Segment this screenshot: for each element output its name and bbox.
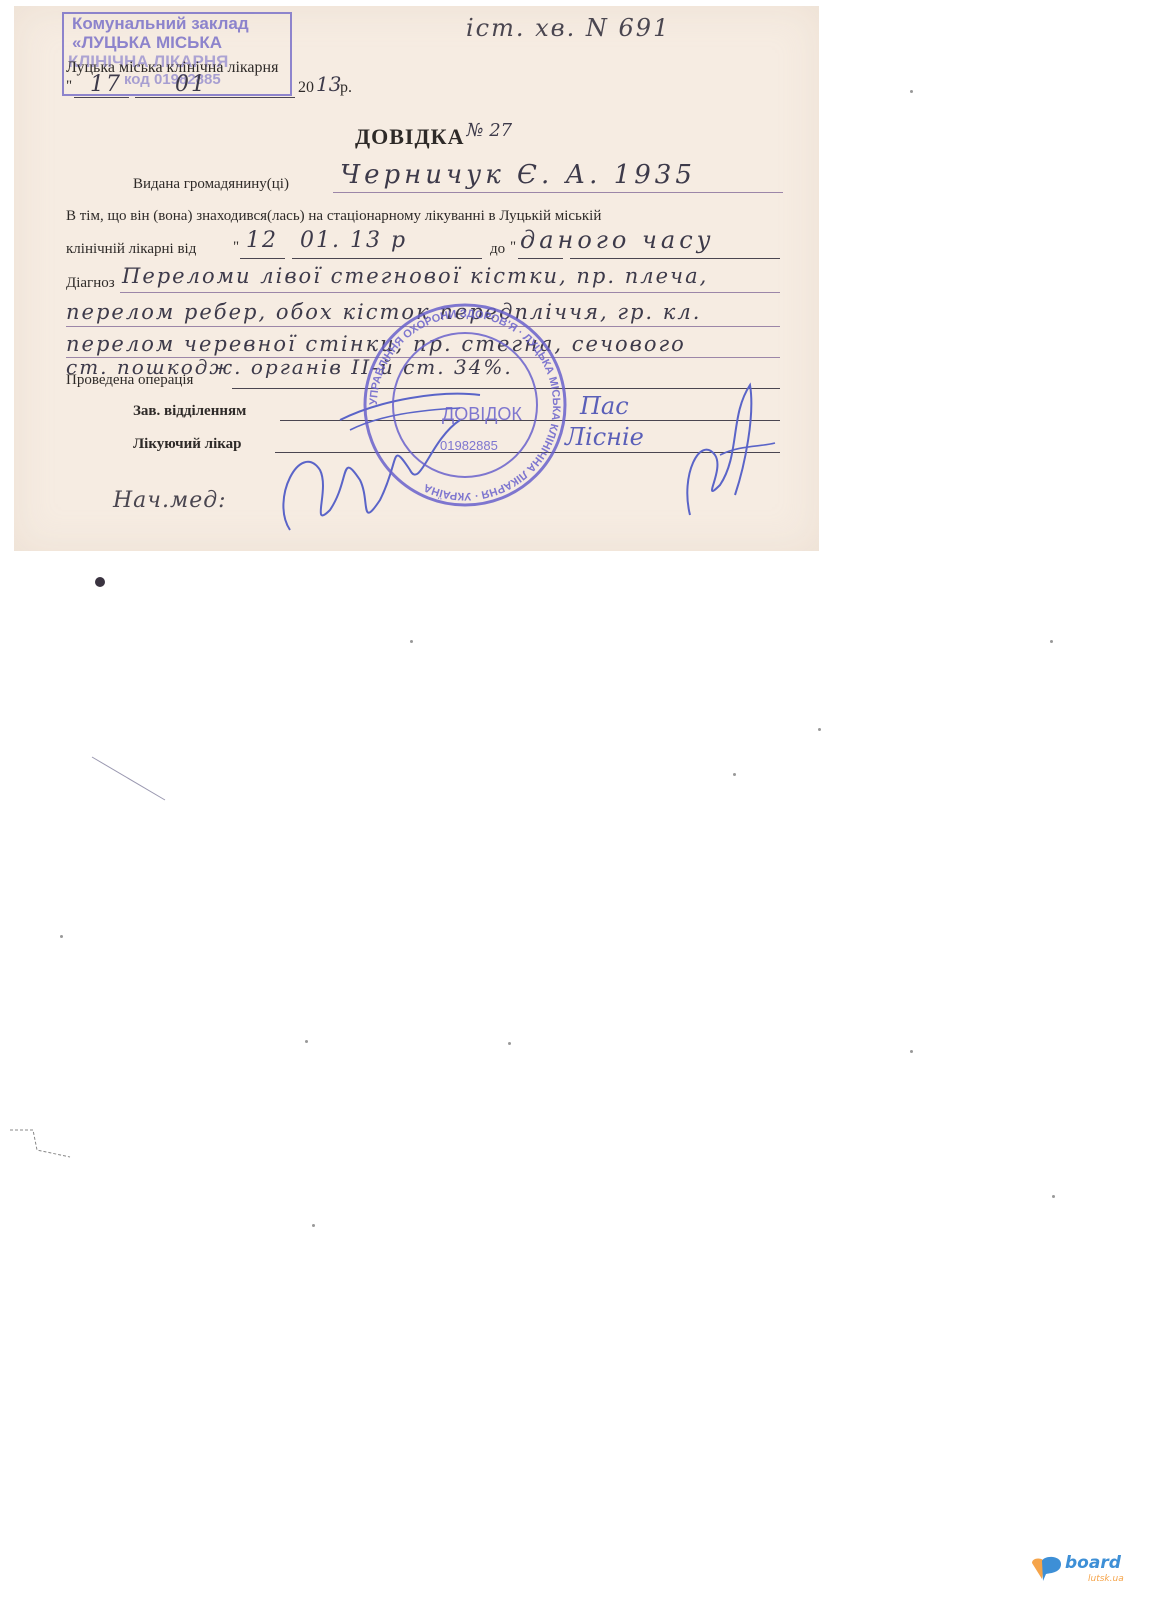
scan-corner-mark bbox=[5, 1125, 75, 1160]
signature-attending bbox=[660, 375, 780, 525]
head-of-department-signature: Пас bbox=[580, 392, 629, 420]
quote-mark: " bbox=[510, 239, 516, 256]
date-suffix: р. bbox=[340, 79, 352, 97]
document-title: ДОВІДКА№ 27 bbox=[355, 124, 512, 150]
period-from-day: 12 bbox=[246, 228, 278, 253]
scan-dot bbox=[95, 577, 105, 587]
date-day: 17 bbox=[90, 72, 122, 97]
official-round-stamp: УПРАВЛІННЯ ОХОРОНИ ЗДОРОВ'Я · ЛУЦЬКА МІС… bbox=[360, 300, 570, 510]
issued-to-value: Черничук Є. А. 1935 bbox=[340, 160, 696, 190]
logo-domain: lutsk.ua bbox=[1088, 1574, 1124, 1584]
archive-note: іст. хв. N 691 bbox=[466, 14, 670, 42]
attending-doctor-label: Лікуючий лікар bbox=[133, 436, 242, 453]
diagnosis-line-1: Переломи лівої стегнової кістки, пр. пле… bbox=[122, 264, 708, 288]
operation-label: Проведена операція bbox=[66, 372, 193, 389]
speech-bubbles-icon bbox=[1028, 1555, 1064, 1585]
period-from-rest: 01. 13 р bbox=[300, 228, 407, 253]
stamp-line-2: «ЛУЦЬКА МІСЬКА bbox=[72, 33, 222, 53]
date-year: 13 bbox=[316, 72, 341, 96]
period-to-value: даного часу bbox=[520, 226, 715, 254]
period-label: клінічній лікарні від bbox=[66, 241, 196, 258]
attending-doctor-signature: Лісніе bbox=[565, 423, 644, 451]
title-text: ДОВІДКА bbox=[355, 124, 464, 149]
scan-line-mark bbox=[90, 755, 170, 805]
logo-brand: board bbox=[1065, 1553, 1121, 1573]
date-open-quote: " bbox=[66, 78, 72, 95]
body-line-1: В тім, що він (вона) знаходився(лась) на… bbox=[66, 208, 601, 225]
diagnosis-label: Діагноз bbox=[66, 275, 115, 292]
quote-mark: " bbox=[233, 239, 239, 256]
round-stamp-code: 01982885 bbox=[440, 438, 498, 453]
period-to-label: до bbox=[490, 241, 505, 258]
date-month: 01 bbox=[175, 72, 207, 97]
round-stamp-center: ДОВІДОК bbox=[442, 404, 522, 424]
title-number: № 27 bbox=[466, 120, 512, 141]
date-year-prefix: 20 bbox=[298, 79, 314, 97]
stamp-line-1: Комунальний заклад bbox=[72, 14, 249, 34]
head-of-department-label: Зав. відділенням bbox=[133, 403, 246, 420]
issued-to-label: Видана громадянину(ці) bbox=[133, 176, 289, 193]
board-lutsk-logo[interactable]: board lutsk.ua bbox=[1028, 1553, 1138, 1593]
chief-medical-note: Нач.мед: bbox=[113, 488, 227, 513]
